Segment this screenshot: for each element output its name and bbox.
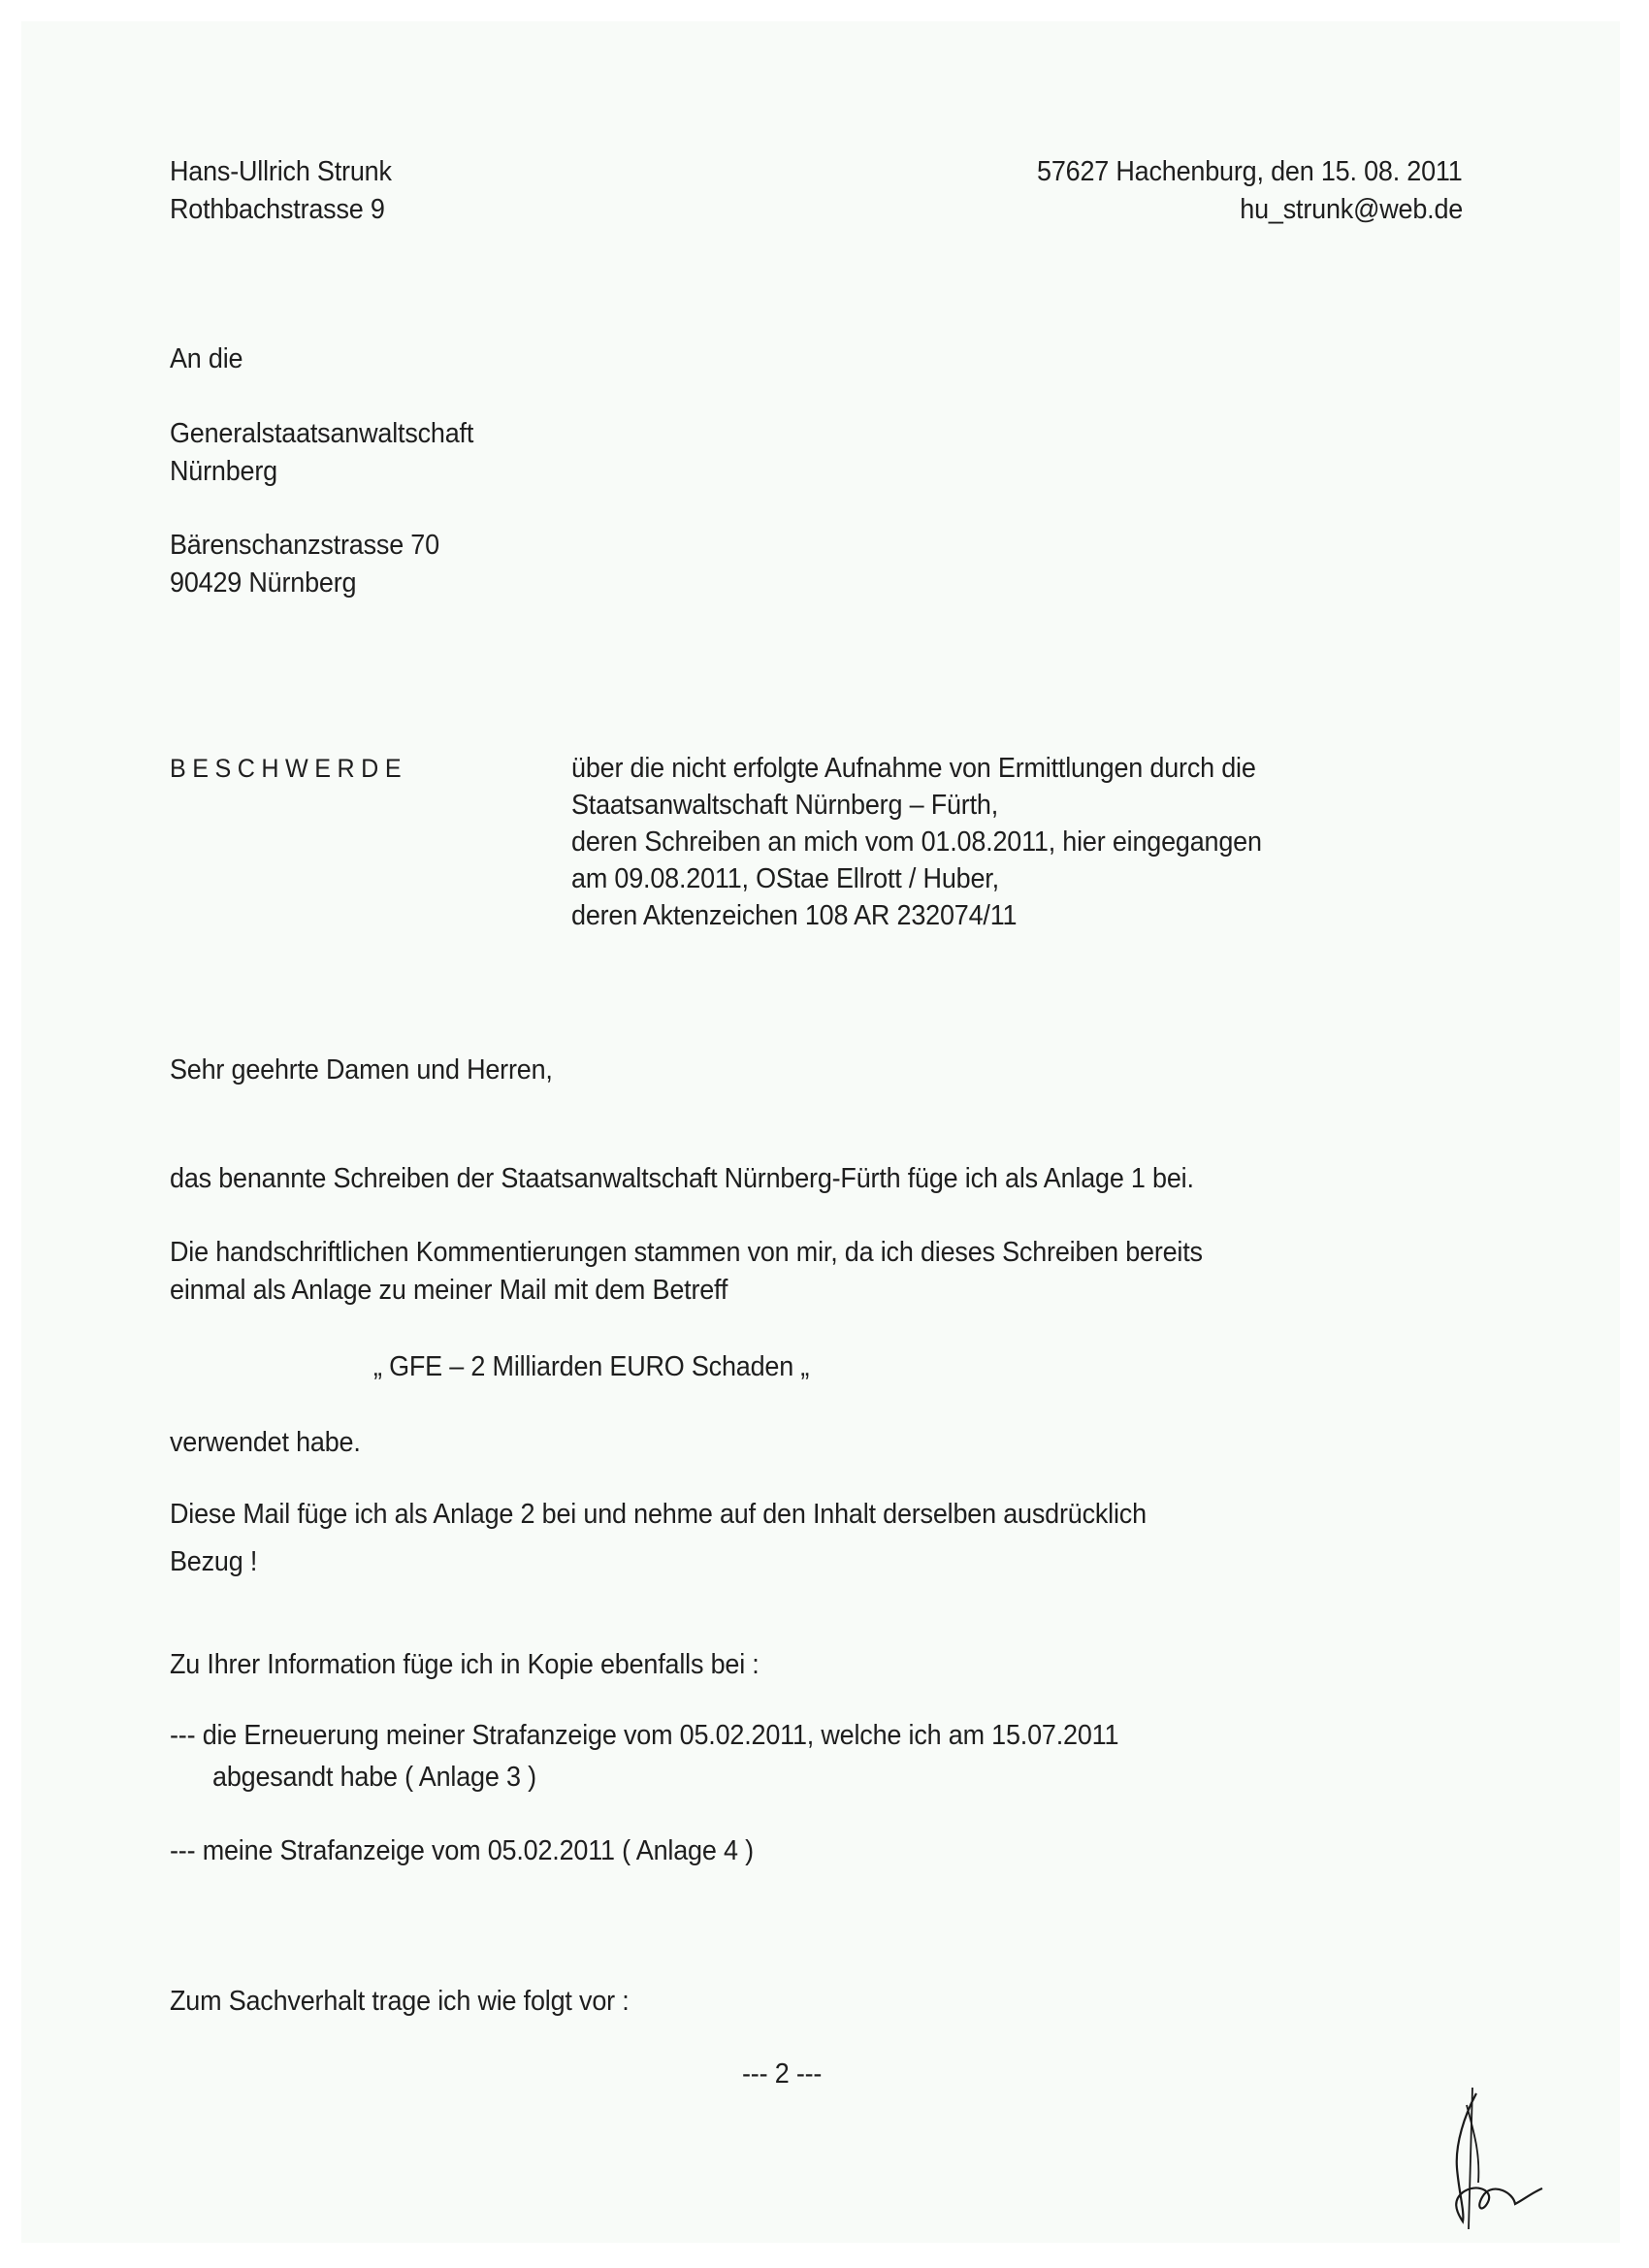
place-date: 57627 Hachenburg, den 15. 08. 2011 xyxy=(1037,155,1463,188)
subject-line: Staatsanwaltschaft Nürnberg – Fürth, xyxy=(571,789,998,822)
recipient-prefix: An die xyxy=(170,342,242,375)
paragraph-4-line1: Diese Mail füge ich als Anlage 2 bei und… xyxy=(170,1498,1147,1531)
subject-label: BESCHWERDE xyxy=(170,752,407,785)
enclosure-item-cont: abgesandt habe ( Anlage 3 ) xyxy=(212,1761,536,1794)
sender-street: Rothbachstrasse 9 xyxy=(170,193,385,226)
paragraph-2-line2: einmal als Anlage zu meiner Mail mit dem… xyxy=(170,1274,727,1307)
page-marker: --- 2 --- xyxy=(742,2057,822,2090)
paragraph-1: das benannte Schreiben der Staatsanwalts… xyxy=(170,1162,1194,1195)
paragraph-3: verwendet habe. xyxy=(170,1426,361,1459)
subject-line: deren Aktenzeichen 108 AR 232074/11 xyxy=(571,899,1017,932)
sender-name: Hans-Ullrich Strunk xyxy=(170,155,392,188)
subject-line: am 09.08.2011, OStae Ellrott / Huber, xyxy=(571,862,999,895)
scanned-page xyxy=(21,21,1620,2243)
subject-line: über die nicht erfolgte Aufnahme von Erm… xyxy=(571,752,1256,785)
mail-subject: „ GFE – 2 Milliarden EURO Schaden „ xyxy=(373,1350,809,1383)
enclosure-item: --- die Erneuerung meiner Strafanzeige v… xyxy=(170,1719,1118,1752)
recipient-street: Bärenschanzstrasse 70 xyxy=(170,529,439,562)
paragraph-5: Zu Ihrer Information füge ich in Kopie e… xyxy=(170,1648,760,1681)
enclosure-item: --- meine Strafanzeige vom 05.02.2011 ( … xyxy=(170,1834,754,1867)
recipient-org-line2: Nürnberg xyxy=(170,455,277,488)
paragraph-2-line1: Die handschriftlichen Kommentierungen st… xyxy=(170,1236,1203,1269)
sender-email: hu_strunk@web.de xyxy=(1240,193,1463,226)
subject-line: deren Schreiben an mich vom 01.08.2011, … xyxy=(571,826,1262,859)
recipient-org-line1: Generalstaatsanwaltschaft xyxy=(170,417,473,450)
signature xyxy=(1426,2086,1562,2231)
greeting: Sehr geehrte Damen und Herren, xyxy=(170,1053,553,1086)
recipient-city: 90429 Nürnberg xyxy=(170,567,356,599)
paragraph-6: Zum Sachverhalt trage ich wie folgt vor … xyxy=(170,1985,630,2018)
paragraph-4-line2: Bezug ! xyxy=(170,1545,257,1578)
